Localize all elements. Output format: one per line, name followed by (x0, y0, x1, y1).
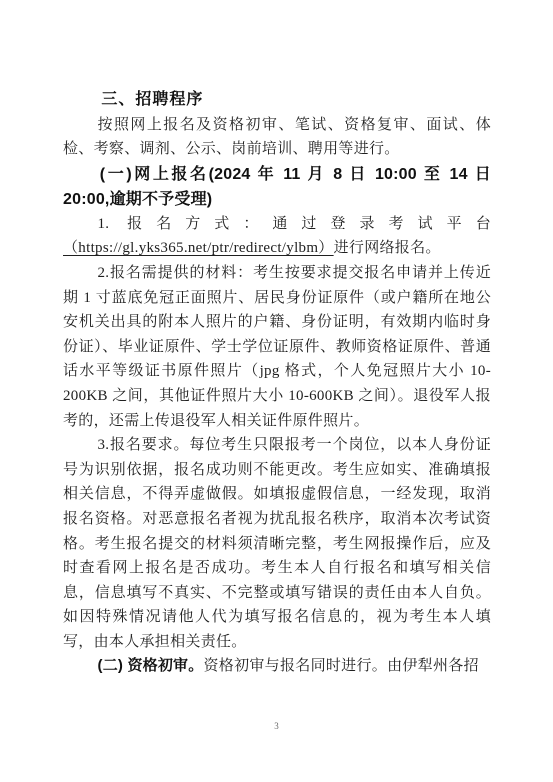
page-number: 3 (0, 721, 553, 731)
preliminary-review-paragraph: (二) 资格初审。资格初审与报名同时进行。由伊犁州各招 (63, 654, 491, 679)
requirements-paragraph: 3.报名要求。每位考生只限报考一个岗位，以本人身份证号为识别依据，报名成功则不能… (63, 433, 491, 654)
document-content: 三、招聘程序 按照网上报名及资格初审、笔试、资格复审、面试、体检、考察、调剂、公… (63, 88, 491, 679)
preliminary-review-heading: (二) 资格初审。 (98, 657, 204, 674)
registration-method-paragraph: 1. 报名方式：通过登录考试平台（https://gl.yks365.net/p… (63, 212, 491, 261)
registration-method-lead: 1. 报名方式：通过登录考试平台 (63, 212, 491, 237)
preliminary-review-body: 资格初审与报名同时进行。由伊犁州各招 (203, 658, 478, 674)
intro-paragraph: 按照网上报名及资格初审、笔试、资格复审、面试、体检、考察、调剂、公示、岗前培训、… (63, 113, 491, 162)
registration-url-link[interactable]: （https://gl.yks365.net/ptr/redirect/ylbm… (63, 240, 334, 256)
online-registration-heading: (一)网上报名(2024 年 11 月 8 日 10:00 至 14 日 20:… (63, 162, 491, 212)
materials-paragraph: 2.报名需提供的材料：考生按要求提交报名申请并上传近期 1 寸蓝底免冠正面照片、… (63, 261, 491, 433)
registration-method-tail: 进行网络报名。 (334, 240, 441, 256)
document-page: 三、招聘程序 按照网上报名及资格初审、笔试、资格复审、面试、体检、考察、调剂、公… (0, 0, 553, 782)
section-heading: 三、招聘程序 (63, 88, 491, 113)
